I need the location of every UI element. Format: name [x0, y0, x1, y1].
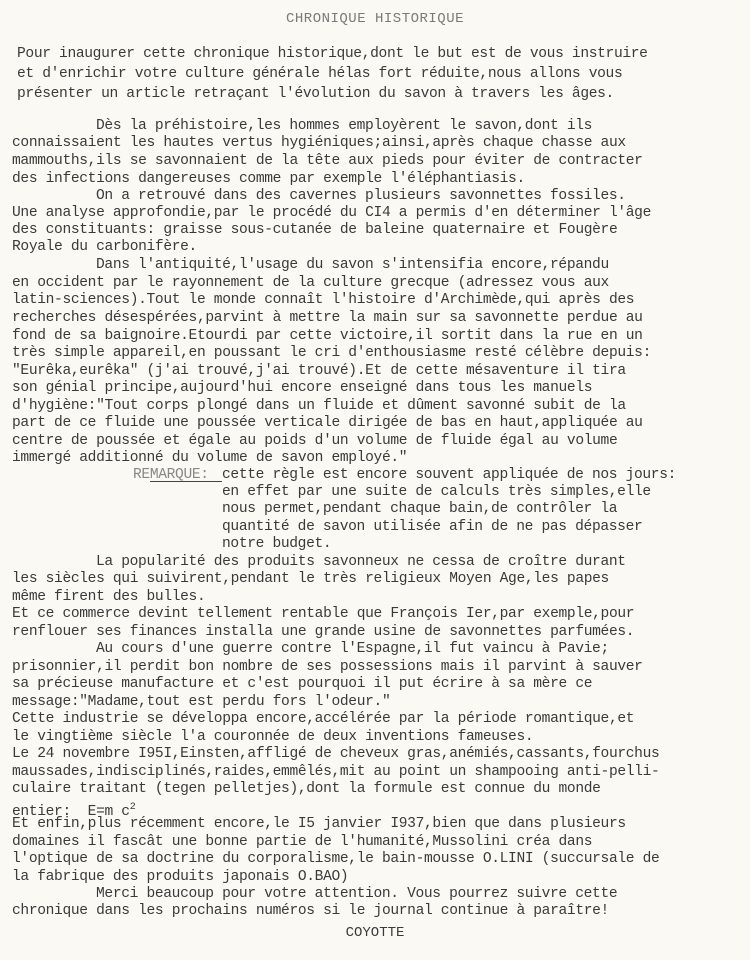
- text-line: latin-sciences).Tout le monde connaît l'…: [12, 292, 634, 309]
- text-line: culaire traitant (tegen pelletjes),dont …: [12, 781, 601, 798]
- text-line: La popularité des produits savonneux ne …: [96, 554, 626, 571]
- text-line: chronique dans les prochains numéros si …: [12, 903, 609, 920]
- document-title: CHRONIQUE HISTORIQUE: [0, 11, 750, 27]
- text-line: nous permet,pendant chaque bain,de contr…: [222, 501, 617, 518]
- text-line: On a retrouvé dans des cavernes plusieur…: [96, 188, 626, 205]
- text-line: Cette industrie se développa encore,accé…: [12, 711, 634, 728]
- text-line: immergé additionné du volume de savon em…: [12, 450, 407, 467]
- text-line: recherches désespérées,parvint à mettre …: [12, 310, 643, 327]
- formula-exponent: 2: [130, 802, 136, 813]
- text-line: Au cours d'une guerre contre l'Espagne,i…: [96, 641, 609, 658]
- text-line: prisonnier,il perdit bon nombre de ses p…: [12, 659, 643, 676]
- text-line: Dès la préhistoire,les hommes employèren…: [96, 118, 592, 135]
- formula-text: entier: E=m c: [12, 804, 130, 820]
- text-line: d'hygiène:"Tout corps plongé dans un flu…: [12, 398, 626, 415]
- text-line: "Eurêka,eurêka" (j'ai trouvé,j'ai trouvé…: [12, 363, 626, 380]
- formula-line: entier: E=m c2: [12, 799, 135, 821]
- text-line: en occident par le rayonnement de la cul…: [12, 275, 609, 292]
- text-line: des infections dangereuses comme par exe…: [12, 171, 525, 188]
- text-line: son génial principe,aujourd'hui encore e…: [12, 380, 592, 397]
- text-line: des constituants: graisse sous-cutanée d…: [12, 222, 617, 239]
- text-line: centre de poussée et égale au poids d'un…: [12, 433, 617, 450]
- text-line: présenter un article retraçant l'évoluti…: [17, 86, 614, 103]
- text-line: quantité de savon utilisée afin de ne pa…: [222, 519, 642, 536]
- text-line: mammouths,ils se savonnaient de la tête …: [12, 153, 643, 170]
- text-line: notre budget.: [222, 536, 331, 553]
- document-page: CHRONIQUE HISTORIQUE Pour inaugurer cett…: [0, 0, 750, 960]
- text-line: et d'enrichir votre culture générale hél…: [17, 66, 622, 83]
- text-line: Une analyse approfondie,par le procédé d…: [12, 205, 651, 222]
- text-line: en effet par une suite de calculs très s…: [222, 484, 651, 501]
- text-line: Et ce commerce devint tellement rentable…: [12, 606, 634, 623]
- text-line: les siècles qui suivirent,pendant le trè…: [12, 571, 609, 588]
- text-line: très simple appareil,en poussant le cri …: [12, 345, 651, 362]
- text-line: Dans l'antiquité,l'usage du savon s'inte…: [96, 257, 609, 274]
- signature: COYOTTE: [0, 925, 750, 941]
- text-line: domaines il fascât une bonne partie de l…: [12, 834, 592, 851]
- text-line: maussades,indisciplinés,raides,emmêlés,m…: [12, 764, 659, 781]
- text-line: part de ce fluide une poussée verticale …: [12, 415, 643, 432]
- remark-underline: [150, 481, 222, 482]
- text-line: Le 24 novembre I95I,Einsten,affligé de c…: [12, 746, 659, 763]
- text-line: Merci beaucoup pour votre attention. Vou…: [96, 886, 617, 903]
- text-line: la fabrique des produits japonais O.BAO): [12, 869, 348, 886]
- text-line: renflouer ses finances installa une gran…: [12, 624, 634, 641]
- text-line: fond de sa baignoire.Etourdi par cette v…: [12, 328, 643, 345]
- text-line: l'optique de sa doctrine du corporalisme…: [12, 851, 659, 868]
- text-line: le vingtième siècle l'a couronnée de deu…: [12, 729, 533, 746]
- text-line: Pour inaugurer cette chronique historiqu…: [17, 46, 648, 63]
- text-line: Royale du carbonifère.: [12, 239, 197, 256]
- text-line: même firent des bulles.: [12, 589, 205, 606]
- text-line: message:"Madame,tout est perdu fors l'od…: [12, 694, 390, 711]
- text-line: sa précieuse manufacture et c'est pourqu…: [12, 676, 592, 693]
- text-line: connaissaient les hautes vertus hygiéniq…: [12, 135, 626, 152]
- text-line: cette règle est encore souvent appliquée…: [222, 467, 676, 484]
